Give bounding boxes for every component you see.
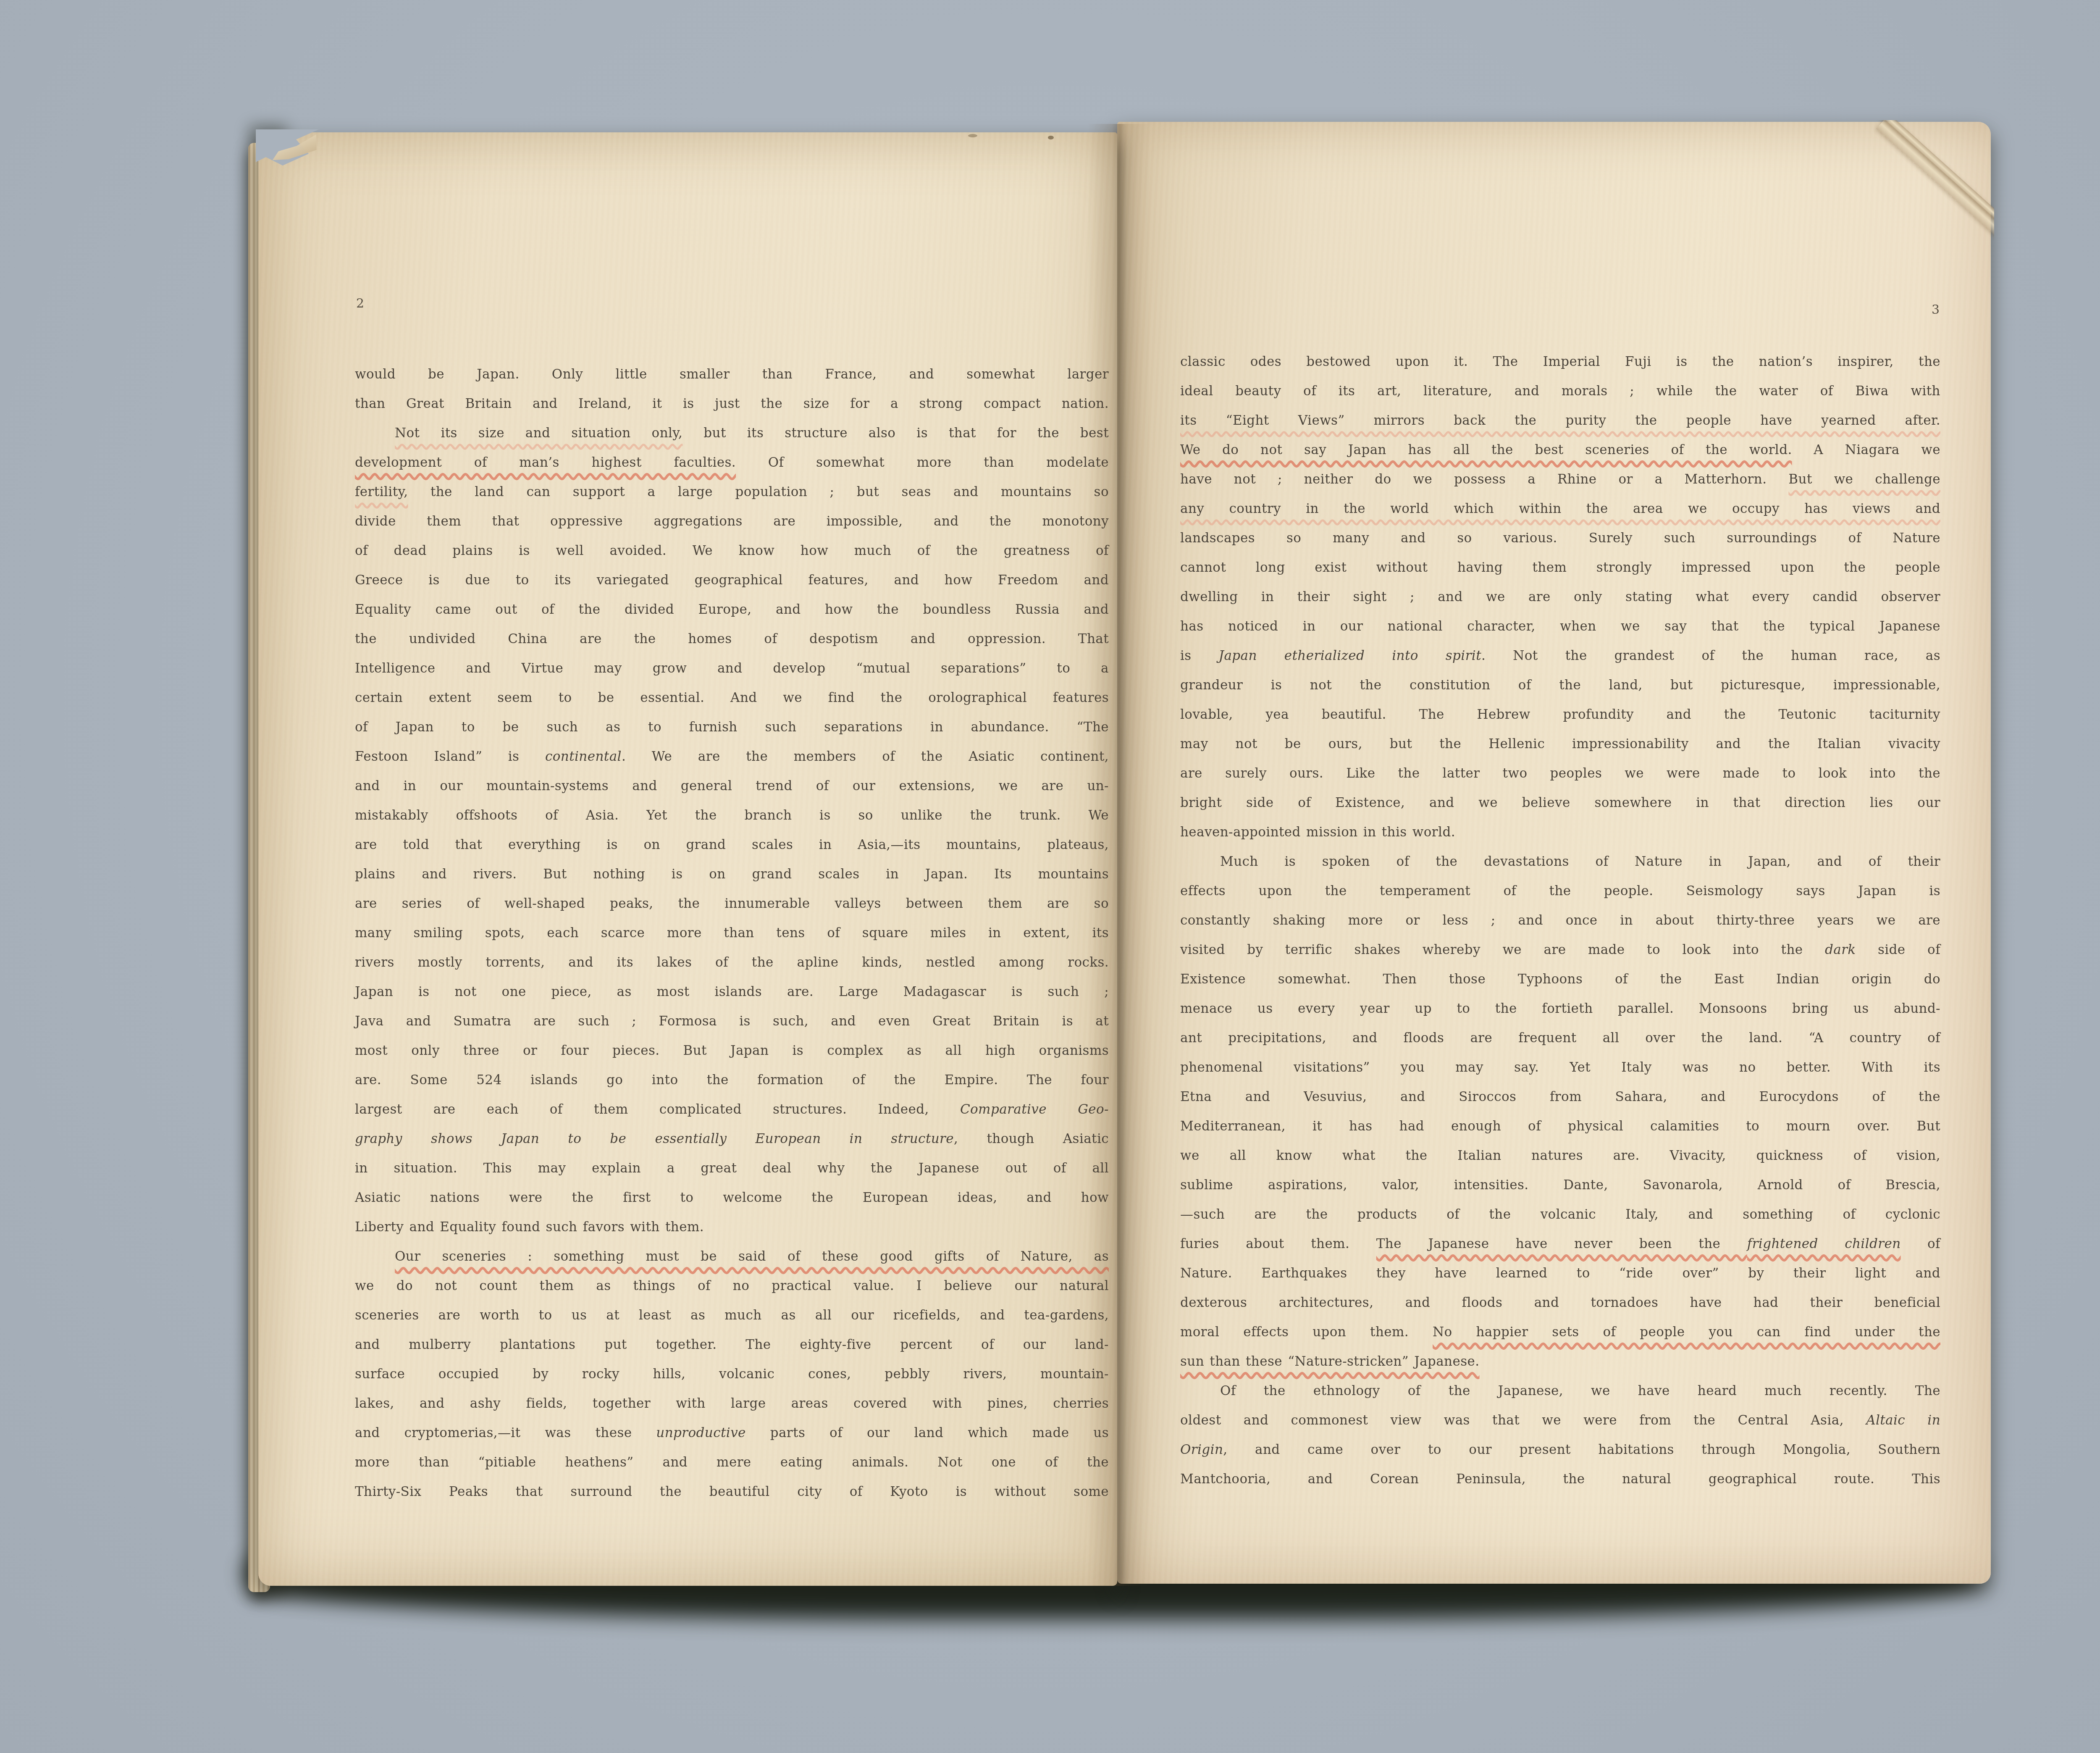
text-line: is Japan etherialized into spirit. Not t… (1180, 641, 1940, 670)
text-run: . Not the grandest of the human race, as (1481, 648, 1940, 663)
text-line: Origin, and came over to our present hab… (1180, 1435, 1940, 1464)
text-line: Intelligence and Virtue may grow and dev… (355, 654, 1109, 683)
text-run: Intelligence and Virtue may grow and dev… (355, 661, 1109, 676)
text-line: of Japan to be such as to furnish such s… (355, 712, 1109, 742)
text-line: oldest and commonest view was that we we… (1180, 1406, 1940, 1435)
text-run: and in our mountain-systems and general … (355, 778, 1109, 794)
text-run: effects upon the temperament of the peop… (1180, 883, 1940, 899)
red-underlined-text: frightened children (1747, 1236, 1901, 1251)
text-run: graphy shows Japan to be essentially Eur… (355, 1131, 954, 1146)
red-underlined-text: fertility, (355, 484, 408, 499)
text-run: ant precipitations, and floods are frequ… (1180, 1030, 1940, 1046)
text-run: Of somewhat more than modelate (736, 455, 1109, 470)
text-line: classic odes bestowed upon it. The Imper… (1180, 347, 1940, 376)
text-line: visited by terrific shakes whereby we ar… (1180, 935, 1940, 965)
dog-ear-creases (1801, 120, 1994, 301)
text-run: may not be ours, but the Hellenic impres… (1180, 736, 1940, 752)
text-run: Japan is not one piece, as most islands … (355, 984, 1109, 999)
text-run: Asiatic nations were the first to welcom… (355, 1190, 1109, 1205)
text-run: is (1180, 648, 1219, 663)
left-page-text: would be Japan. Only little smaller than… (355, 360, 1109, 1506)
text-line: Existence somewhat. Then those Typhoons … (1180, 965, 1940, 994)
paper-speck (1048, 136, 1054, 139)
text-run: Equality came out of the divided Europe,… (355, 602, 1109, 617)
text-run: are series of well-shaped peaks, the inn… (355, 896, 1109, 911)
text-run: Existence somewhat. Then those Typhoons … (1180, 972, 1940, 987)
text-line: Greece is due to its variegated geograph… (355, 565, 1109, 595)
text-run: , though Asiatic (954, 1131, 1109, 1146)
text-run: side of (1856, 942, 1940, 957)
text-run: surface occupied by rocky hills, volcani… (355, 1367, 1109, 1382)
text-line: Asiatic nations were the first to welcom… (355, 1183, 1109, 1212)
red-underlined-text: But we challenge (1788, 472, 1940, 487)
text-run: oldest and commonest view was that we we… (1180, 1413, 1866, 1428)
text-run: , and came over to our present habitatio… (1223, 1442, 1940, 1457)
text-run: lovable, yea beautiful. The Hebrew profu… (1180, 707, 1940, 722)
text-line: Mediterranean, it has had enough of phys… (1180, 1112, 1940, 1141)
text-line: Not its size and situation only, but its… (355, 418, 1109, 448)
text-run: are surely ours. Like the latter two peo… (1180, 766, 1940, 781)
text-line: bright side of Existence, and we believe… (1180, 788, 1940, 817)
text-run: Mantchooria, and Corean Peninsula, the n… (1180, 1472, 1940, 1487)
text-run: Japan etherialized into spirit (1219, 648, 1481, 663)
text-line: we all know what the Italian natures are… (1180, 1141, 1940, 1170)
text-run: Etna and Vesuvius, and Siroccos from Sah… (1180, 1089, 1940, 1104)
red-underlined-text: We do not say Japan has all the best sce… (1180, 442, 1792, 457)
text-run: Nature. Earthquakes they have learned to… (1180, 1266, 1940, 1281)
text-line: furies about them. The Japanese have nev… (1180, 1229, 1940, 1259)
text-line: heaven-appointed mission in this world. (1180, 817, 1940, 847)
red-underlined-text: Our sceneries : something must be said o… (395, 1249, 1109, 1264)
text-line: and cryptomerias,—it was these unproduct… (355, 1418, 1109, 1448)
text-line: lovable, yea beautiful. The Hebrew profu… (1180, 700, 1940, 729)
text-line: dwelling in their sight ; and we are onl… (1180, 582, 1940, 612)
text-line: Etna and Vesuvius, and Siroccos from Sah… (1180, 1082, 1940, 1112)
text-line: and in our mountain-systems and general … (355, 771, 1109, 801)
text-run: of dead plains is well avoided. We know … (355, 543, 1109, 558)
text-line: any country in the world which within th… (1180, 494, 1940, 523)
text-run: many smiling spots, each scarce more tha… (355, 925, 1109, 941)
text-run: largest are each of them complicated str… (355, 1102, 960, 1117)
text-run: plains and rivers. But nothing is on gra… (355, 867, 1109, 882)
text-line: constantly shaking more or less ; and on… (1180, 906, 1940, 935)
red-underlined-text: sun than these “Nature-stricken” Japanes… (1180, 1354, 1480, 1369)
text-run: bright side of Existence, and we believe… (1180, 795, 1940, 810)
text-line: than Great Britain and Ireland, it is ju… (355, 389, 1109, 418)
text-line: sun than these “Nature-stricken” Japanes… (1180, 1347, 1940, 1376)
text-run: Much is spoken of the devastations of Na… (1220, 854, 1940, 869)
text-line: mistakably offshoots of Asia. Yet the br… (355, 801, 1109, 830)
text-line: sceneries are worth to us at least as mu… (355, 1301, 1109, 1330)
text-line: landscapes so many and so various. Surel… (1180, 523, 1940, 553)
text-run: classic odes bestowed upon it. The Imper… (1180, 354, 1940, 369)
text-run: Liberty and Equality found such favors w… (355, 1219, 704, 1235)
text-run: than Great Britain and Ireland, it is ju… (355, 396, 1109, 411)
text-line: rivers mostly torrents, and its lakes of… (355, 948, 1109, 977)
text-run: Origin (1180, 1442, 1223, 1457)
text-run: furies about them. (1180, 1236, 1376, 1251)
text-run: Greece is due to its variegated geograph… (355, 573, 1109, 588)
text-line: We do not say Japan has all the best sce… (1180, 435, 1940, 465)
text-run: constantly shaking more or less ; and on… (1180, 913, 1940, 928)
text-run: the undivided China are the homes of des… (355, 631, 1109, 647)
text-run: dwelling in their sight ; and we are onl… (1180, 589, 1940, 604)
text-run: lakes, and ashy fields, together with la… (355, 1396, 1109, 1411)
text-line: development of man’s highest faculties. … (355, 448, 1109, 477)
text-run: rivers mostly torrents, and its lakes of… (355, 955, 1109, 970)
text-run: sceneries are worth to us at least as mu… (355, 1308, 1109, 1323)
text-run: ideal beauty of its art, literature, and… (1180, 384, 1940, 399)
text-run: unproductive (656, 1425, 745, 1440)
text-run: Thirty-Six Peaks that surround the beaut… (355, 1484, 1109, 1499)
text-run: —such are the products of the volcanic I… (1180, 1207, 1940, 1222)
text-line: are told that everything is on grand sca… (355, 830, 1109, 859)
text-line: —such are the products of the volcanic I… (1180, 1200, 1940, 1229)
text-line: Festoon Island” is continental. We are t… (355, 742, 1109, 771)
text-line: are surely ours. Like the latter two peo… (1180, 759, 1940, 788)
text-line: Thirty-Six Peaks that surround the beaut… (355, 1477, 1109, 1506)
text-run: landscapes so many and so various. Surel… (1180, 531, 1940, 546)
text-run: Festoon Island” is (355, 749, 545, 764)
red-underlined-text: development of man’s highest faculties. (355, 455, 736, 470)
text-line: menace us every year up to the fortieth … (1180, 994, 1940, 1023)
text-run: heaven-appointed mission in this world. (1180, 825, 1455, 840)
text-line: more than “pitiable heathens” and mere e… (355, 1448, 1109, 1477)
text-line: graphy shows Japan to be essentially Eur… (355, 1124, 1109, 1154)
left-page: 2 would be Japan. Only little smaller th… (258, 132, 1117, 1586)
text-run: A Niagara we (1792, 442, 1940, 457)
text-run: mistakably offshoots of Asia. Yet the br… (355, 808, 1109, 823)
text-line: Japan is not one piece, as most islands … (355, 977, 1109, 1007)
right-page: 3 classic odes bestowed upon it. The Imp… (1117, 122, 1991, 1584)
photo-background: 2 would be Japan. Only little smaller th… (0, 0, 2100, 1753)
right-page-text: classic odes bestowed upon it. The Imper… (1180, 347, 1940, 1494)
text-run: Java and Sumatra are such ; Formosa is s… (355, 1014, 1109, 1029)
red-underlined-text: its “Eight Views” mirrors back the purit… (1180, 413, 1940, 428)
text-line: plains and rivers. But nothing is on gra… (355, 859, 1109, 889)
text-run: have not ; neither do we possess a Rhine… (1180, 472, 1788, 487)
text-run: would be Japan. Only little smaller than… (355, 367, 1109, 382)
text-run: the land can support a large population … (408, 484, 1109, 499)
text-run: and cryptomerias,—it was these (355, 1425, 656, 1440)
text-line: dexterous architectures, and floods and … (1180, 1288, 1940, 1317)
page-number-right: 3 (1180, 302, 1940, 317)
text-run: continental (545, 749, 622, 764)
text-run: sublime aspirations, valor, intensities.… (1180, 1177, 1940, 1193)
text-run: phenomenal visitations” you may say. Yet… (1180, 1060, 1940, 1075)
text-line: the undivided China are the homes of des… (355, 624, 1109, 654)
text-run: dark (1825, 942, 1856, 957)
text-line: moral effects upon them. No happier sets… (1180, 1317, 1940, 1347)
text-line: Of the ethnology of the Japanese, we hav… (1180, 1376, 1940, 1406)
text-run: has noticed in our national character, w… (1180, 619, 1940, 634)
text-line: are series of well-shaped peaks, the inn… (355, 889, 1109, 918)
text-run: of Japan to be such as to furnish such s… (355, 720, 1109, 735)
text-line: and mulberry plantations put together. T… (355, 1330, 1109, 1359)
text-run: are told that everything is on grand sca… (355, 837, 1109, 852)
text-run: of (1901, 1236, 1940, 1251)
text-line: ant precipitations, and floods are frequ… (1180, 1023, 1940, 1053)
text-line: in situation. This may explain a great d… (355, 1154, 1109, 1183)
text-run: we all know what the Italian natures are… (1180, 1148, 1940, 1163)
text-line: its “Eight Views” mirrors back the purit… (1180, 406, 1940, 435)
text-line: many smiling spots, each scarce more tha… (355, 918, 1109, 948)
text-run: dexterous architectures, and floods and … (1180, 1295, 1940, 1310)
text-run: cannot long exist without having them st… (1180, 560, 1940, 575)
text-run: but its structure also is that for the b… (682, 426, 1109, 441)
text-line: surface occupied by rocky hills, volcani… (355, 1359, 1109, 1389)
text-run: parts of our land which made us (746, 1425, 1109, 1440)
open-book: 2 would be Japan. Only little smaller th… (258, 118, 1991, 1588)
red-underlined-text: any country in the world which within th… (1180, 501, 1940, 516)
text-run: menace us every year up to the fortieth … (1180, 1001, 1940, 1016)
text-line: Our sceneries : something must be said o… (355, 1242, 1109, 1271)
text-line: divide them that oppressive aggregations… (355, 507, 1109, 536)
text-run: Altaic in (1866, 1413, 1940, 1428)
text-line: may not be ours, but the Hellenic impres… (1180, 729, 1940, 759)
text-line: sublime aspirations, valor, intensities.… (1180, 1170, 1940, 1200)
text-run: . We are the members of the Asiatic cont… (622, 749, 1109, 764)
text-line: Much is spoken of the devastations of Na… (1180, 847, 1940, 876)
text-run: certain extent seem to be essential. And… (355, 690, 1109, 705)
text-line: Mantchooria, and Corean Peninsula, the n… (1180, 1464, 1940, 1494)
text-line: effects upon the temperament of the peop… (1180, 876, 1940, 906)
text-run: grandeur is not the constitution of the … (1180, 678, 1940, 693)
text-line: are. Some 524 islands go into the format… (355, 1065, 1109, 1095)
text-run: are. Some 524 islands go into the format… (355, 1072, 1109, 1088)
text-line: of dead plains is well avoided. We know … (355, 536, 1109, 565)
text-run: more than “pitiable heathens” and mere e… (355, 1455, 1109, 1470)
text-run: Comparative Geo- (960, 1102, 1109, 1117)
text-line: has noticed in our national character, w… (1180, 612, 1940, 641)
text-run: visited by terrific shakes whereby we ar… (1180, 942, 1825, 957)
text-run: in situation. This may explain a great d… (355, 1161, 1109, 1176)
text-line: we do not count them as things of no pra… (355, 1271, 1109, 1301)
text-line: have not ; neither do we possess a Rhine… (1180, 465, 1940, 494)
text-run: most only three or four pieces. But Japa… (355, 1043, 1109, 1058)
text-run: moral effects upon them. (1180, 1325, 1433, 1340)
text-line: Nature. Earthquakes they have learned to… (1180, 1259, 1940, 1288)
text-line: would be Japan. Only little smaller than… (355, 360, 1109, 389)
text-line: grandeur is not the constitution of the … (1180, 670, 1940, 700)
text-line: ideal beauty of its art, literature, and… (1180, 376, 1940, 406)
text-line: largest are each of them complicated str… (355, 1095, 1109, 1124)
text-line: certain extent seem to be essential. And… (355, 683, 1109, 712)
paper-speck (968, 134, 977, 137)
red-underlined-text: Not its size and situation only, (395, 426, 682, 441)
text-line: phenomenal visitations” you may say. Yet… (1180, 1053, 1940, 1082)
red-underlined-text: No happier sets of people you can find u… (1433, 1325, 1940, 1340)
text-line: Liberty and Equality found such favors w… (355, 1212, 1109, 1242)
text-line: lakes, and ashy fields, together with la… (355, 1389, 1109, 1418)
text-line: Equality came out of the divided Europe,… (355, 595, 1109, 624)
text-run: and mulberry plantations put together. T… (355, 1337, 1109, 1352)
text-run: divide them that oppressive aggregations… (355, 514, 1109, 529)
text-run: Mediterranean, it has had enough of phys… (1180, 1119, 1940, 1134)
page-number-left: 2 (356, 296, 365, 311)
text-line: cannot long exist without having them st… (1180, 553, 1940, 582)
text-run: we do not count them as things of no pra… (355, 1278, 1109, 1293)
corner-crease (1876, 120, 1994, 241)
text-line: Java and Sumatra are such ; Formosa is s… (355, 1007, 1109, 1036)
text-run: Of the ethnology of the Japanese, we hav… (1220, 1383, 1940, 1398)
red-underlined-text: The Japanese have never been the (1376, 1236, 1747, 1251)
text-line: fertility, the land can support a large … (355, 477, 1109, 507)
text-line: most only three or four pieces. But Japa… (355, 1036, 1109, 1065)
